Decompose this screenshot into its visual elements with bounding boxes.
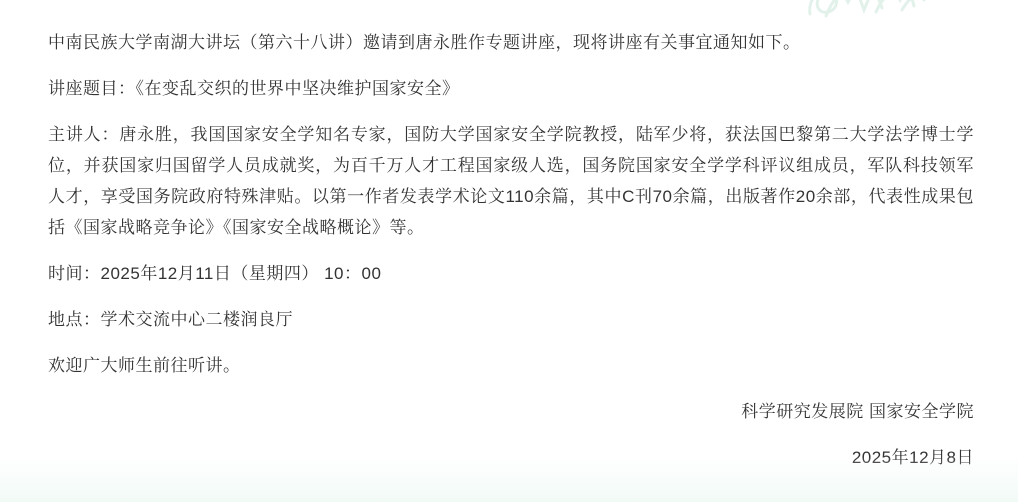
lecture-location-line: 地点：学术交流中心二楼润良厅 (48, 304, 974, 335)
notice-intro: 中南民族大学南湖大讲坛（第六十八讲）邀请到唐永胜作专题讲座，现将讲座有关事宜通知… (48, 27, 974, 58)
notice-body: 中南民族大学南湖大讲坛（第六十八讲）邀请到唐永胜作专题讲座，现将讲座有关事宜通知… (0, 0, 1018, 473)
notice-page: 中南民族大学南湖大讲坛（第六十八讲）邀请到唐永胜作专题讲座，现将讲座有关事宜通知… (0, 0, 1018, 502)
lecture-title-line: 讲座题目：《在变乱交织的世界中坚决维护国家安全》 (48, 73, 974, 104)
lecture-time-line: 时间：2025年12月11日（星期四） 10：00 (48, 258, 974, 289)
notice-date-line: 2025年12月8日 (48, 442, 974, 473)
signature-units-line: 科学研究发展院 国家安全学院 (48, 396, 974, 427)
welcome-line: 欢迎广大师生前往听讲。 (48, 350, 974, 381)
speaker-bio-paragraph: 主讲人：唐永胜，我国国家安全学知名专家，国防大学国家安全学院教授，陆军少将，获法… (48, 119, 974, 243)
